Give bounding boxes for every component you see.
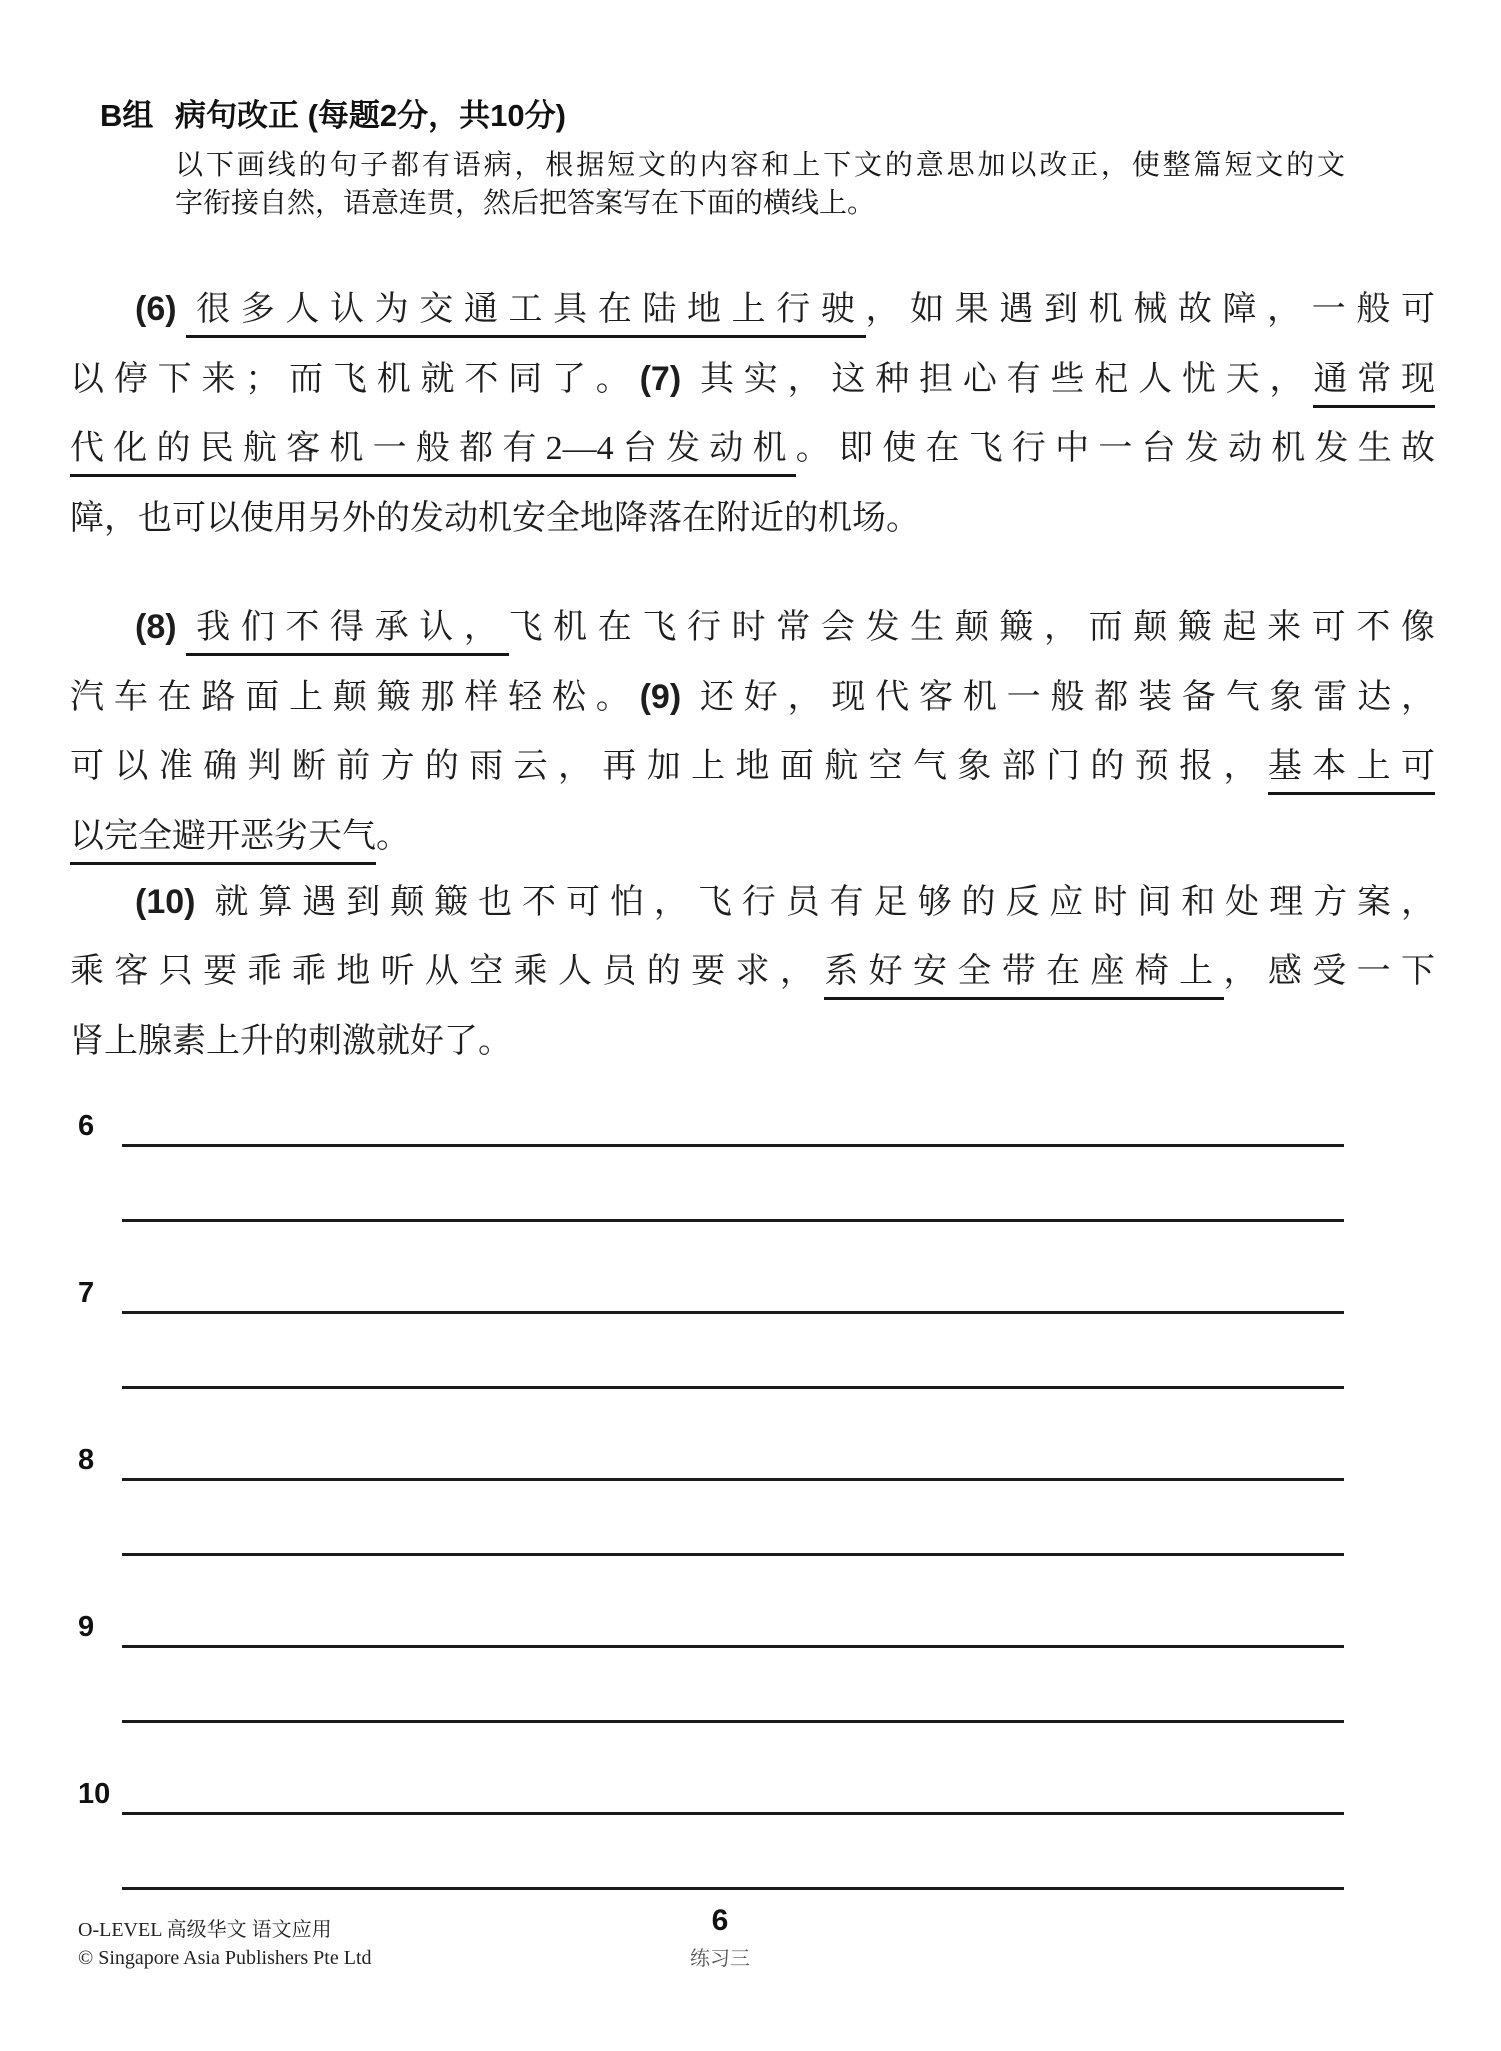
passage-text: 。 <box>376 818 410 855</box>
question-number: (6) <box>135 290 177 328</box>
passage-text: 其实，这种担心有些杞人忧天， <box>690 361 1313 398</box>
instructions: 以下画线的句子都有语病，根据短文的内容和上下文的意思加以改正，使整篇短文的文 字… <box>175 146 1345 222</box>
passage-line: 以完全避开恶劣天气。 <box>70 802 1435 872</box>
series-title: O-LEVEL 高级华文 语文应用 <box>78 1916 372 1944</box>
instruction-line: 字衔接自然，语意连贯，然后把答案写在下面的横线上。 <box>175 184 1345 222</box>
copyright-notice: © Singapore Asia Publishers Pte Ltd <box>78 1944 372 1972</box>
workbook-page: B组 病句改正 (每题2分，共10分) 以下画线的句子都有语病，根据短文的内容和… <box>0 0 1501 2051</box>
question-number: (7) <box>640 360 682 398</box>
answer-item-10: 10 <box>0 1778 1501 1898</box>
passage-text: 障，也可以使用另外的发动机安全地降落在附近的机场。 <box>70 500 920 537</box>
answer-number: 10 <box>78 1778 110 1811</box>
footer-center: 6 练习三 <box>630 1904 810 1971</box>
underlined-clause: 以完全避开恶劣天气 <box>70 818 376 865</box>
question-number: (9) <box>640 678 682 716</box>
passage-line: 乘客只要乖乖地听从空乘人员的要求，系好安全带在座椅上，感受一下 <box>70 937 1435 1007</box>
section-group-label: B组 <box>100 90 175 135</box>
passage-line: (10)就算遇到颠簸也不可怕，飞行员有足够的反应时间和处理方案， <box>70 867 1435 937</box>
passage-text: 还好，现代客机一般都装备气象雷达， <box>690 679 1435 716</box>
passage-text: ，如果遇到机械故障，一般可 <box>866 291 1435 328</box>
answer-number: 7 <box>78 1277 94 1310</box>
answer-number: 8 <box>78 1444 94 1477</box>
answer-item-7: 7 <box>0 1277 1501 1397</box>
passage-line: 汽车在路面上颠簸那样轻松。(9)还好，现代客机一般都装备气象雷达， <box>70 662 1435 732</box>
passage-line: 以停下来；而飞机就不同了。(7)其实，这种担心有些杞人忧天，通常现 <box>70 344 1435 414</box>
answer-writing-line <box>122 1478 1344 1481</box>
underlined-clause: 我们不得承认， <box>186 609 509 656</box>
passage-paragraph-3: (10)就算遇到颠簸也不可怕，飞行员有足够的反应时间和处理方案， 乘客只要乖乖地… <box>70 867 1435 1077</box>
question-number: (10) <box>135 883 195 921</box>
answer-item-6: 6 <box>0 1110 1501 1230</box>
answer-writing-line <box>122 1553 1344 1556</box>
passage-line: (6)很多人认为交通工具在陆地上行驶，如果遇到机械故障，一般可 <box>70 274 1435 344</box>
passage-text: 。即使在飞行中一台发动机发生故 <box>796 430 1435 467</box>
instruction-line: 以下画线的句子都有语病，根据短文的内容和上下文的意思加以改正，使整篇短文的文 <box>175 146 1345 184</box>
answer-writing-line <box>122 1720 1344 1723</box>
answer-item-9: 9 <box>0 1611 1501 1731</box>
section-title: 病句改正 (每题2分，共10分) <box>175 90 566 135</box>
answer-writing-line <box>122 1311 1344 1314</box>
page-number: 6 <box>630 1904 810 1938</box>
passage-text: 肾上腺素上升的刺激就好了。 <box>70 1023 512 1060</box>
passage-text: 以停下来；而飞机就不同了。 <box>70 361 640 398</box>
passage-line: 肾上腺素上升的刺激就好了。 <box>70 1007 1435 1077</box>
passage-line: 代化的民航客机一般都有2—4台发动机。即使在飞行中一台发动机发生故 <box>70 414 1435 484</box>
section-header: B组 病句改正 (每题2分，共10分) <box>100 90 566 135</box>
underlined-clause: 通常现 <box>1313 361 1435 408</box>
answer-writing-line <box>122 1645 1344 1648</box>
question-number: (8) <box>135 608 177 646</box>
exercise-label: 练习三 <box>630 1942 810 1971</box>
answer-item-8: 8 <box>0 1444 1501 1564</box>
passage-text: 可以准确判断前方的雨云，再加上地面航空气象部门的预报， <box>70 748 1268 785</box>
passage-text: 就算遇到颠簸也不可怕，飞行员有足够的反应时间和处理方案， <box>204 884 1435 921</box>
passage-line: 可以准确判断前方的雨云，再加上地面航空气象部门的预报，基本上可 <box>70 732 1435 802</box>
passage-paragraph-1: (6)很多人认为交通工具在陆地上行驶，如果遇到机械故障，一般可 以停下来；而飞机… <box>70 274 1435 554</box>
answer-number: 6 <box>78 1110 94 1143</box>
passage-paragraph-2: (8)我们不得承认，飞机在飞行时常会发生颠簸，而颠簸起来可不像 汽车在路面上颠簸… <box>70 592 1435 872</box>
passage-line: (8)我们不得承认，飞机在飞行时常会发生颠簸，而颠簸起来可不像 <box>70 592 1435 662</box>
answer-writing-line <box>122 1887 1344 1890</box>
underlined-clause: 很多人认为交通工具在陆地上行驶 <box>186 291 866 338</box>
answer-number: 9 <box>78 1611 94 1644</box>
underlined-clause: 基本上可 <box>1268 748 1435 795</box>
underlined-clause: 代化的民航客机一般都有2—4台发动机 <box>70 430 796 477</box>
passage-text: ，感受一下 <box>1224 953 1435 990</box>
answer-writing-line <box>122 1219 1344 1222</box>
passage-text: 飞机在飞行时常会发生颠簸，而颠簸起来可不像 <box>509 609 1435 646</box>
answer-writing-line <box>122 1812 1344 1815</box>
answer-writing-line <box>122 1144 1344 1147</box>
footer-left: O-LEVEL 高级华文 语文应用 © Singapore Asia Publi… <box>78 1916 372 1972</box>
underlined-clause: 系好安全带在座椅上 <box>824 953 1223 1000</box>
answer-writing-line <box>122 1386 1344 1389</box>
passage-text: 乘客只要乖乖地听从空乘人员的要求， <box>70 953 824 990</box>
passage-line: 障，也可以使用另外的发动机安全地降落在附近的机场。 <box>70 484 1435 554</box>
passage-text: 汽车在路面上颠簸那样轻松。 <box>70 679 640 716</box>
